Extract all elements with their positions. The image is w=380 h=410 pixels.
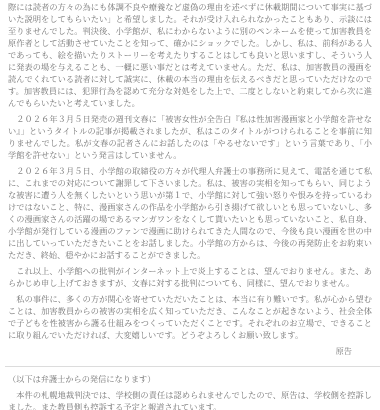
- statement-paragraph-5: 私の事件に、多くの方が関心を寄せていただいたことは、本当に有り難いです。私が心か…: [8, 294, 372, 342]
- statement-paragraph-4: これ以上、小学館への批判がインターネット上で炎上することは、望んでおりません。ま…: [8, 266, 372, 290]
- statement-paragraph-2: ２０２６年３月５日発売の週刊文春に「被害女性が全告白『私は性加害漫画家と小学館を…: [8, 114, 372, 162]
- lawyer-paragraph: 本件の札幌地裁判決では、学校側の責任は認められませんでしたので、原告は、学校側を…: [8, 390, 372, 410]
- section-divider: [5, 366, 380, 367]
- lawyer-note: （以下は弁護士からの発信になります）: [8, 374, 372, 386]
- statement-paragraph-1: 際には読者の方々の為にも体調不良や療養など虚偽の理由を述べずに休載期間について事…: [8, 2, 372, 110]
- statement-document: 際には読者の方々の為にも体調不良や療養など虚偽の理由を述べずに休載期間について事…: [0, 0, 380, 410]
- plaintiff-signature: 原告: [8, 346, 372, 358]
- statement-paragraph-3: ２０２６年３月５日、小学館の取締役の方々が代理人弁護士の事務所に見えて、電話を通…: [8, 166, 372, 262]
